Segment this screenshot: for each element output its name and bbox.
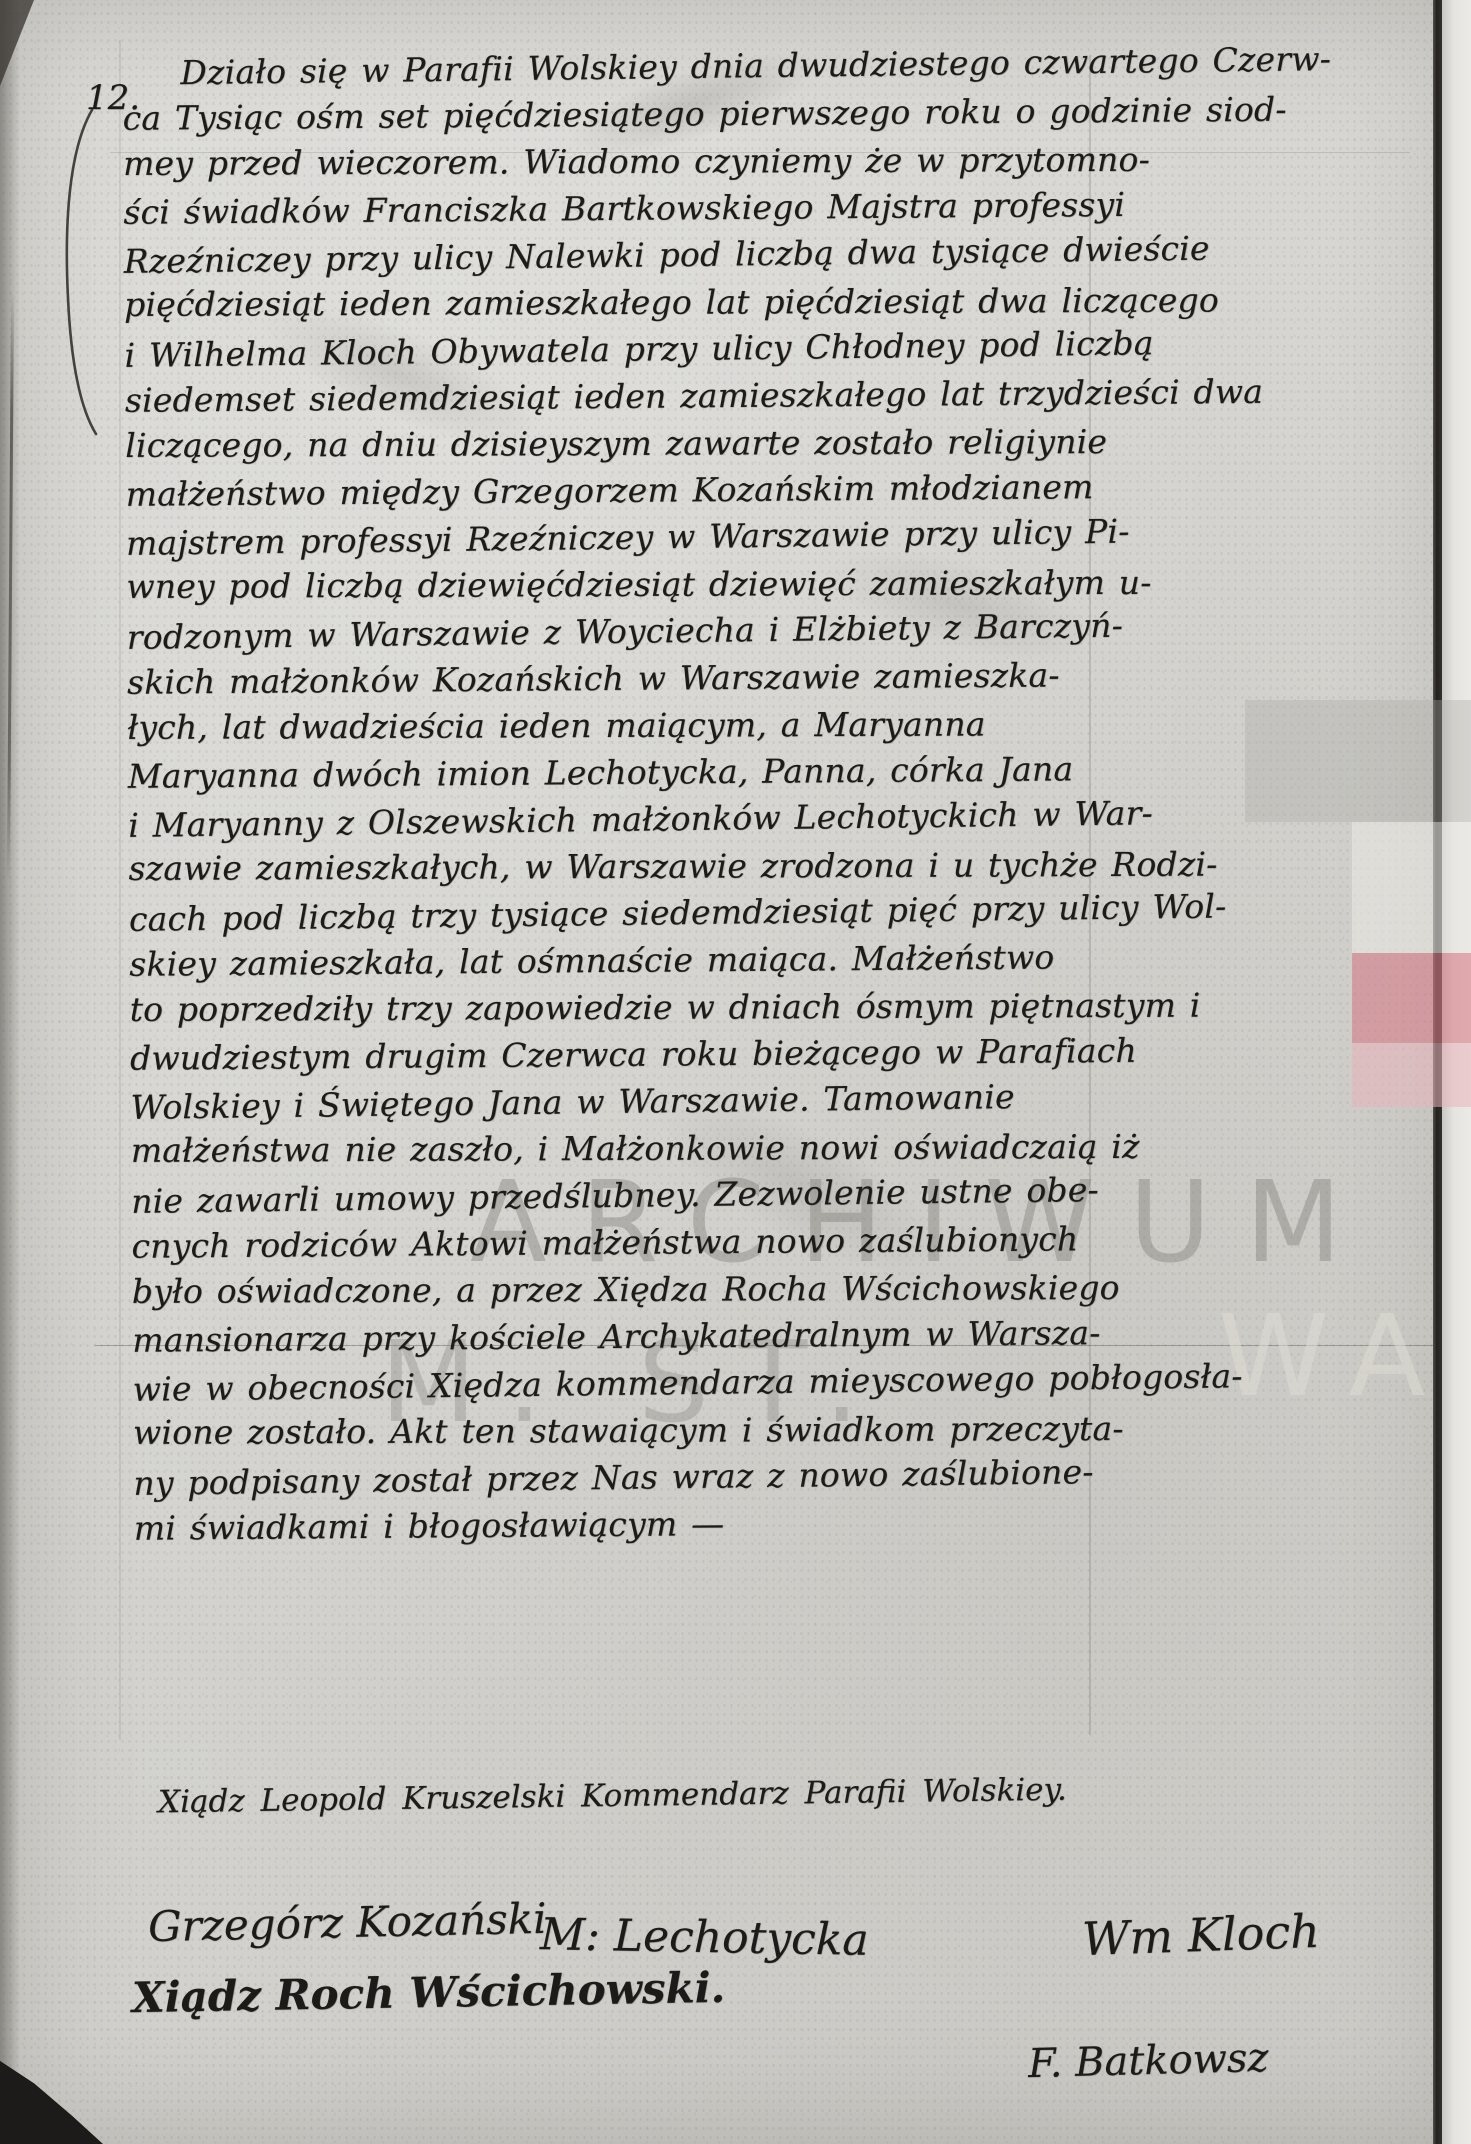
handwritten-line: i Maryanny z Olszewskich małżonków Lecho… [128, 790, 1089, 849]
handwritten-line: to poprzedziły trzy zapowiedzie w dniach… [130, 982, 1090, 1033]
signature-witness-bartkowski: F. Batkowsz [1027, 2035, 1269, 2087]
handwritten-line: było oświadczone, a przez Xiędza Rocha W… [132, 1264, 1092, 1315]
signature-bride: M: Lechotycka [540, 1909, 870, 1966]
signature-groom: Grzegórz Kozański [148, 1894, 547, 1951]
adjacent-page-edge [1442, 0, 1471, 2144]
handwritten-text: Działo się w Parafii Wolskiey dnia dwudz… [122, 40, 1094, 1551]
handwritten-line: Wolskiey i Świętego Jana w Warszawie. Ta… [130, 1072, 1091, 1131]
handwritten-line: majstrem professyi Rzeźniczey w Warszawi… [126, 508, 1087, 567]
signature-witness-kloch: Wm Kloch [1081, 1904, 1320, 1966]
margin-flourish [62, 108, 102, 438]
handwritten-line: wione zostało. Akt ten stawaiącym i świa… [133, 1405, 1093, 1456]
handwritten-line: pięćdziesiąt ieden zamieszkałego lat pię… [124, 277, 1084, 328]
handwritten-line: wney pod liczbą dziewięćdziesiąt dziewię… [126, 559, 1086, 610]
handwritten-line: siedemset siedemdziesiąt ieden zamieszka… [125, 369, 1085, 424]
handwritten-line: ca Tysiąc ośm set pięćdziesiątego pierws… [122, 87, 1082, 142]
vertical-crease-left [119, 40, 121, 1740]
handwritten-line: szawie zamieszkałych, w Warszawie zrodzo… [128, 841, 1088, 892]
handwritten-line: cnych rodziców Aktowi małżeństwa nowo za… [131, 1215, 1091, 1270]
watermark-text-wa: WA [1218, 1292, 1451, 1422]
scanned-document-page: ARCHIWUM M. ST. WA 12. Działo się w Para… [0, 0, 1471, 2144]
signature-priest: Xiądz Roch Wścichowski. [132, 1963, 726, 2022]
handwritten-line: mey przed wieczorem. Wiadomo czyniemy że… [123, 136, 1083, 187]
handwritten-line: wie w obecności Xiędza kommendarza mieys… [132, 1354, 1093, 1413]
handwritten-line: liczącego, na dniu dzisieyszym zawarte z… [125, 418, 1085, 469]
handwritten-line: skich małżonków Kozańskich w Warszawie z… [127, 651, 1087, 706]
officiant-line: Xiądz Leopold Kruszelski Kommendarz Para… [158, 1772, 1067, 1821]
page-edge-line [1433, 0, 1442, 2144]
handwritten-line: małżeństwa nie zaszło, i Małżonkowie now… [131, 1123, 1091, 1174]
handwritten-line: Rzeźniczey przy ulicy Nalewki pod liczbą… [124, 226, 1085, 285]
handwritten-line: skiey zamieszkała, lat ośmnaście maiąca.… [129, 933, 1089, 988]
handwritten-line: łych, lat dwadzieścia ieden maiącym, a M… [127, 700, 1087, 751]
handwritten-line: mi świadkami i błogosławiącym — [134, 1497, 1094, 1552]
